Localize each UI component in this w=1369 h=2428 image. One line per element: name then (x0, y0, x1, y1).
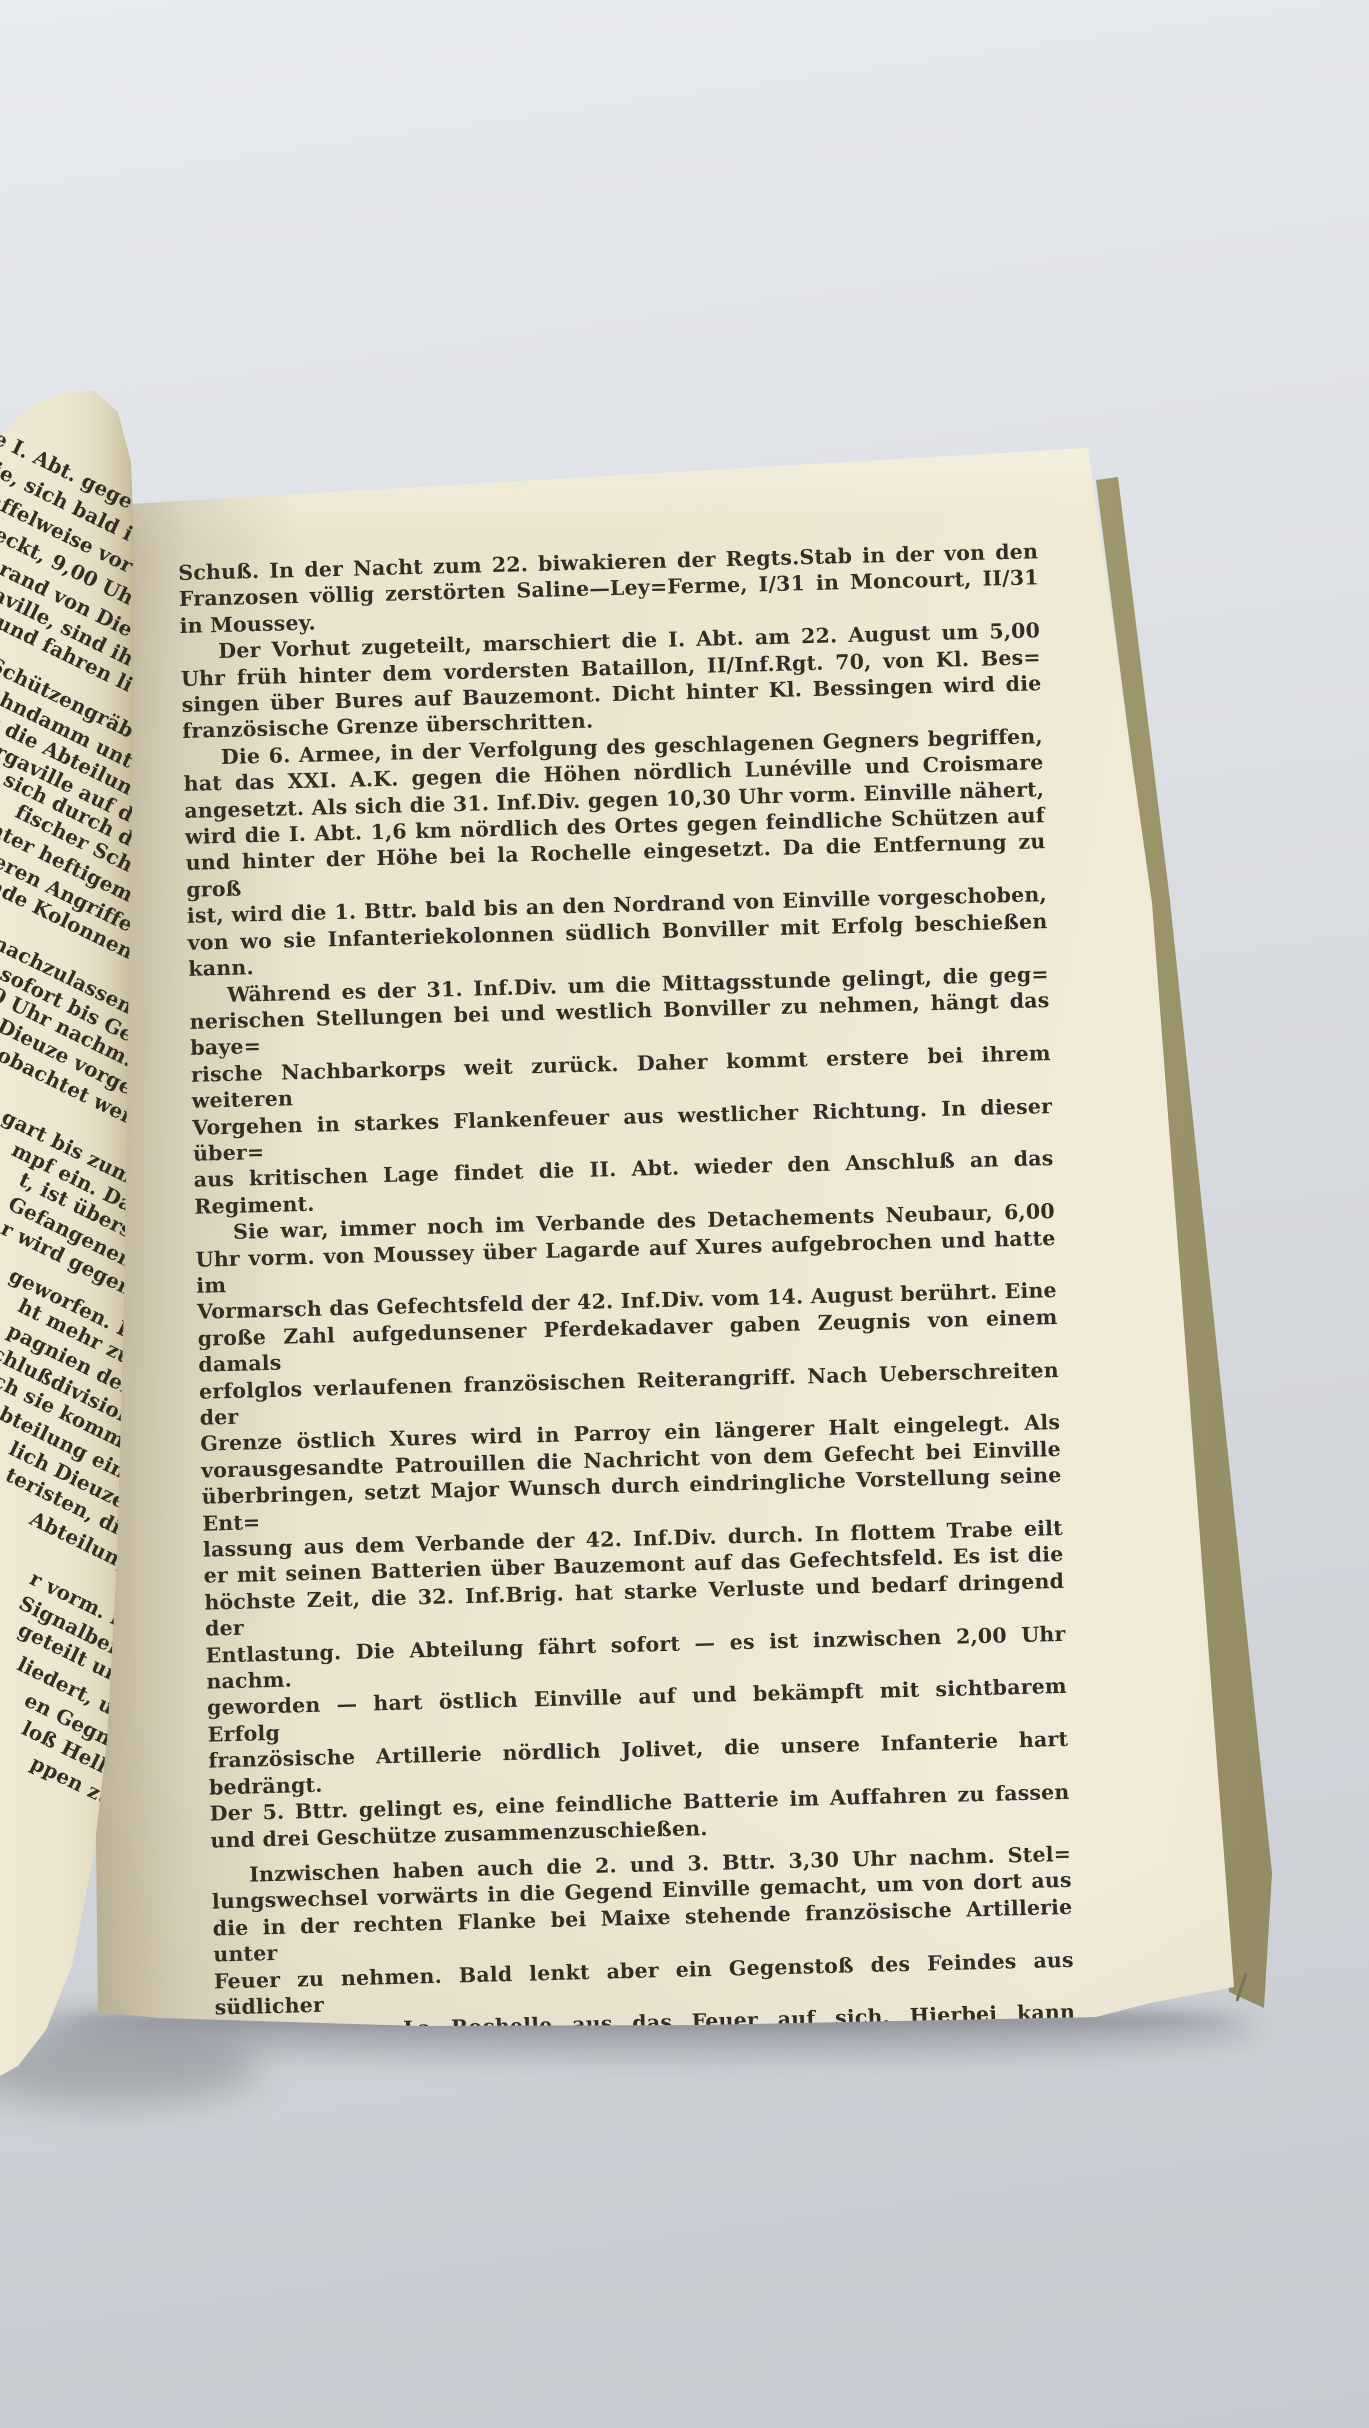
book-photo: Schuß. In der Nacht zum 22. biwakieren d… (0, 0, 1369, 2428)
